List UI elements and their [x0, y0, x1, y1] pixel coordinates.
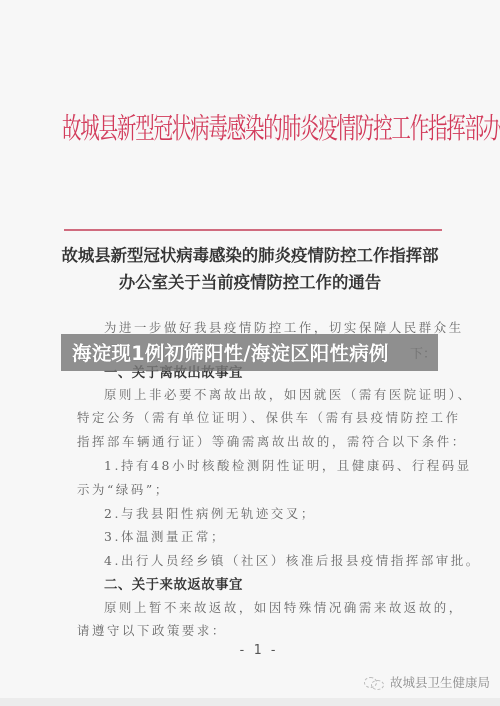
title-line-2: 办公室关于当前疫情防控工作的通告	[60, 269, 440, 296]
watermark-source: 故城县卫生健康局	[390, 673, 490, 691]
document-title: 故城县新型冠状病毒感染的肺炎疫情防控工作指挥部 办公室关于当前疫情防控工作的通告	[60, 242, 440, 296]
headline-text[interactable]: 海淀现1例初筛阳性/海淀区阳性病例	[72, 338, 389, 366]
condition-4: 4.出行人员经乡镇（社区）核准后报县疫情指挥部审批。	[77, 551, 474, 569]
page-number: - 1 -	[238, 643, 277, 658]
title-line-1: 故城县新型冠状病毒感染的肺炎疫情防控工作指挥部	[60, 242, 440, 269]
section-2-heading: 二、关于来故返故事宜	[104, 574, 243, 593]
header-rule	[64, 229, 442, 231]
condition-1-line-1: 1.持有48小时核酸检测阴性证明，且健康码、行程码显	[77, 456, 474, 474]
section-1-line-2: 特定公务（需有单位证明）、保供车（需有县疫情防控工作	[77, 408, 447, 426]
wechat-icon	[364, 675, 384, 689]
source-watermark: 故城县卫生健康局	[364, 673, 490, 691]
section-2-line-2: 请遵守以下政策要求：	[77, 621, 447, 639]
issuer-header: 故城县新型冠状病毒感染的肺炎疫情防控工作指挥部办公室	[62, 106, 447, 147]
section-1-line-3: 指挥部车辆通行证）等确需离故出故的，需符合以下条件：	[77, 432, 447, 450]
section-1-line-1: 原则上非必要不离故出故，如因就医（需有医院证明）、	[77, 385, 474, 403]
condition-2: 2.与我县阳性病例无轨迹交叉；	[77, 504, 474, 522]
condition-3: 3.体温测量正常；	[77, 527, 474, 545]
section-2-line-1: 原则上暂不来故返故，如因特殊情况确需来故返故的，	[77, 598, 474, 616]
bottom-strip	[0, 698, 500, 706]
condition-1-line-2: 示为“绿码”；	[77, 480, 447, 498]
